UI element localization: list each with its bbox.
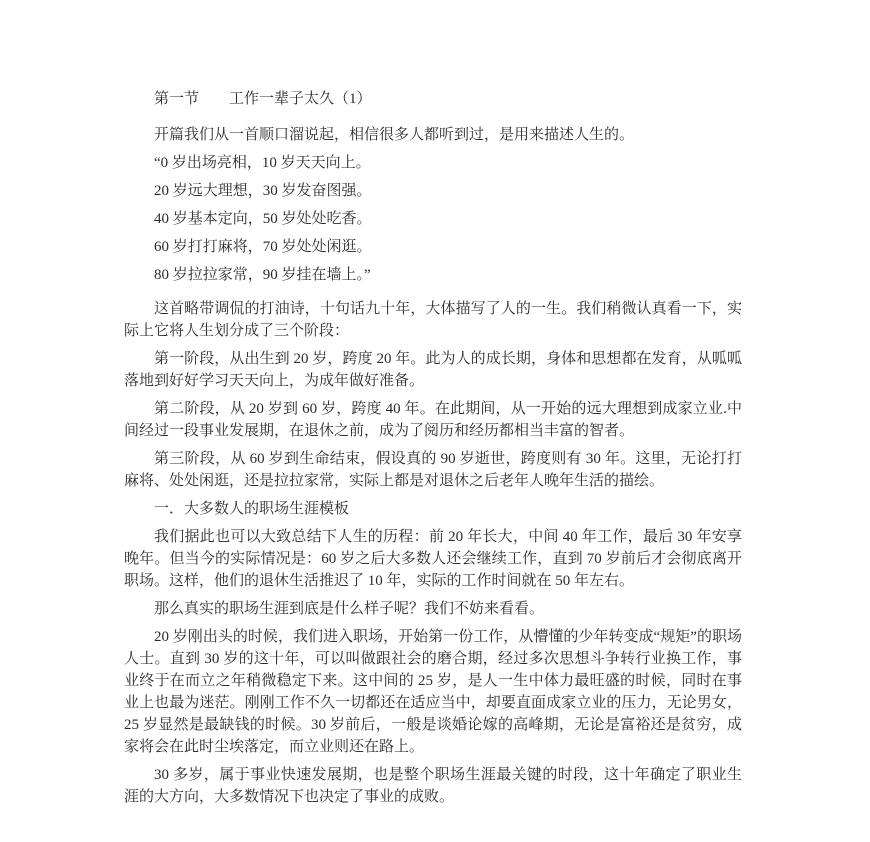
- stage-paragraph: 第三阶段，从 60 岁到生命结束，假设真的 90 岁逝世，跨度则有 30 年。这…: [124, 448, 742, 492]
- intro-paragraph: 开篇我们从一首顺口溜说起，相信很多人都听到过，是用来描述人生的。: [124, 124, 742, 146]
- poem-line: 60 岁打打麻将，70 岁处处闲逛。: [124, 236, 742, 258]
- career-paragraph: 那么真实的职场生涯到底是什么样子呢？我们不妨来看看。: [124, 598, 742, 620]
- subheading-career-template: 一．大多数人的职场生涯模板: [124, 498, 742, 520]
- poem-line: 80 岁拉拉家常，90 岁挂在墙上。”: [124, 264, 742, 286]
- career-paragraph: 我们据此也可以大致总结下人生的历程：前 20 年长大，中间 40 年工作，最后 …: [124, 526, 742, 592]
- stage-paragraph: 这首略带调侃的打油诗，十句话九十年，大体描写了人的一生。我们稍微认真看一下，实际…: [124, 298, 742, 342]
- section-heading: 第一节 工作一辈子太久（1）: [124, 88, 742, 110]
- career-paragraph: 30 多岁，属于事业快速发展期，也是整个职场生涯最关键的时段，这十年确定了职业生…: [124, 764, 742, 808]
- career-paragraph: 20 岁刚出头的时候，我们进入职场，开始第一份工作，从懵懂的少年转变成“规矩”的…: [124, 626, 742, 758]
- stage-paragraph: 第一阶段，从出生到 20 岁，跨度 20 年。此为人的成长期，身体和思想都在发育…: [124, 348, 742, 392]
- poem-line: 20 岁远大理想，30 岁发奋图强。: [124, 180, 742, 202]
- stage-paragraph: 第二阶段，从 20 岁到 60 岁，跨度 40 年。在此期间，从一开始的远大理想…: [124, 398, 742, 442]
- poem-line: 40 岁基本定向，50 岁处处吃香。: [124, 208, 742, 230]
- poem-line: “0 岁出场亮相，10 岁天天向上。: [124, 152, 742, 174]
- document-content: 第一节 工作一辈子太久（1） 开篇我们从一首顺口溜说起，相信很多人都听到过，是用…: [124, 88, 742, 814]
- document-page: 第一节 工作一辈子太久（1） 开篇我们从一首顺口溜说起，相信很多人都听到过，是用…: [0, 0, 870, 842]
